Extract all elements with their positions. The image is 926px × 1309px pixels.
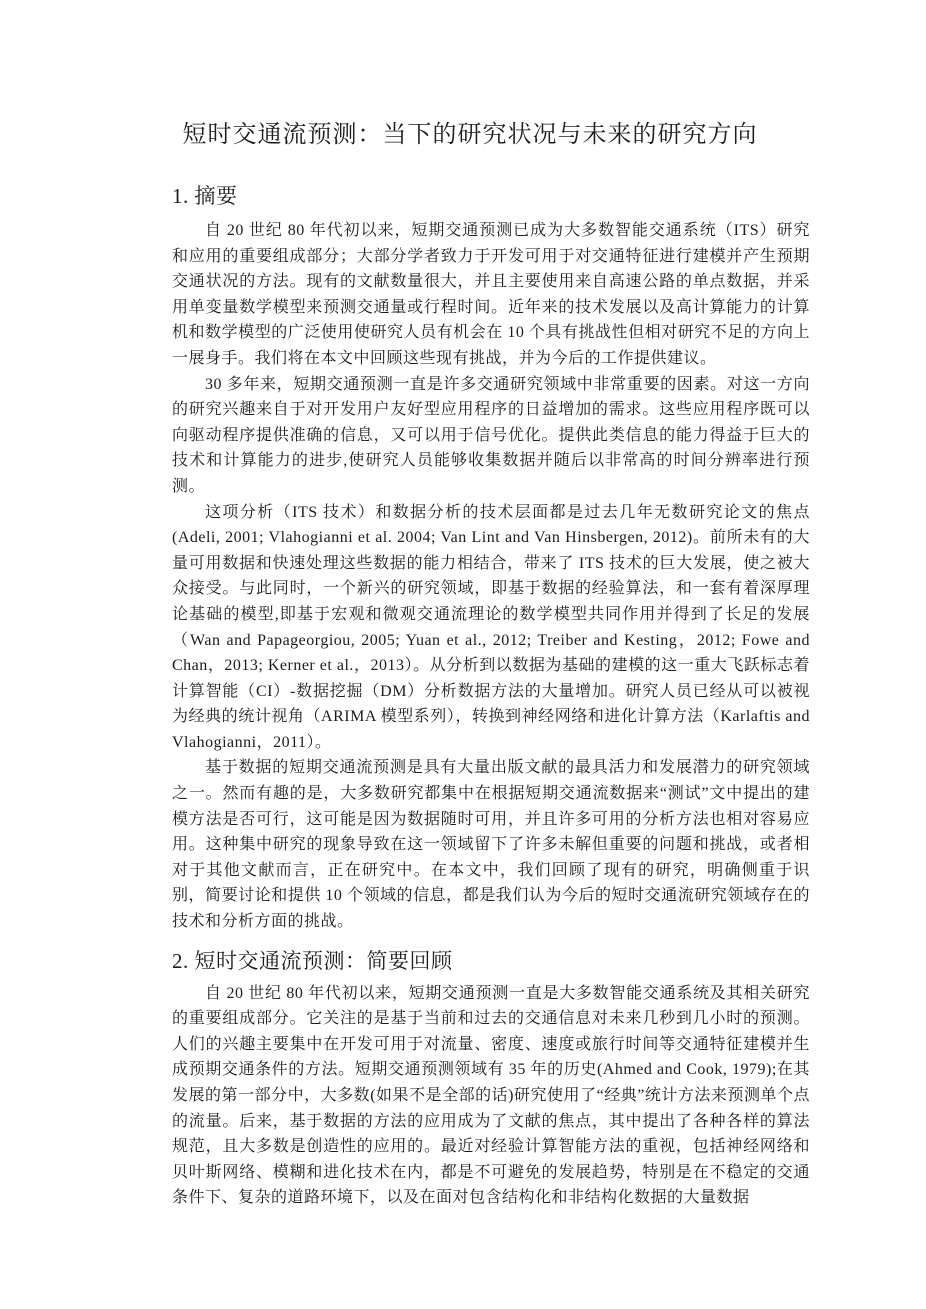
- paragraph: 自 20 世纪 80 年代初以来，短期交通预测一直是大多数智能交通系统及其相关研…: [172, 981, 810, 1211]
- paragraph: 这项分析（ITS 技术）和数据分析的技术层面都是过去几年无数研究论文的焦点(Ad…: [172, 500, 810, 756]
- paragraph: 30 多年来，短期交通预测一直是许多交通研究领域中非常重要的因素。对这一方向的研…: [172, 372, 810, 500]
- document-title: 短时交通流预测：当下的研究状况与未来的研究方向: [172, 118, 768, 152]
- section-abstract: 1. 摘要 自 20 世纪 80 年代初以来，短期交通预测已成为大多数智能交通系…: [172, 182, 810, 935]
- section-review: 2. 短时交通流预测：简要回顾 自 20 世纪 80 年代初以来，短期交通预测一…: [172, 947, 810, 1211]
- review-body: 自 20 世纪 80 年代初以来，短期交通预测一直是大多数智能交通系统及其相关研…: [172, 981, 810, 1211]
- paragraph: 基于数据的短期交通流预测是具有大量出版文献的最具活力和发展潜力的研究领域之一。然…: [172, 755, 810, 934]
- section-heading-abstract: 1. 摘要: [172, 182, 810, 210]
- abstract-body: 自 20 世纪 80 年代初以来，短期交通预测已成为大多数智能交通系统（ITS）…: [172, 218, 810, 935]
- paragraph: 自 20 世纪 80 年代初以来，短期交通预测已成为大多数智能交通系统（ITS）…: [172, 218, 810, 372]
- document-page: 短时交通流预测：当下的研究状况与未来的研究方向 1. 摘要 自 20 世纪 80…: [0, 0, 926, 1309]
- page-content: 短时交通流预测：当下的研究状况与未来的研究方向 1. 摘要 自 20 世纪 80…: [0, 0, 926, 1211]
- section-heading-review: 2. 短时交通流预测：简要回顾: [172, 947, 810, 975]
